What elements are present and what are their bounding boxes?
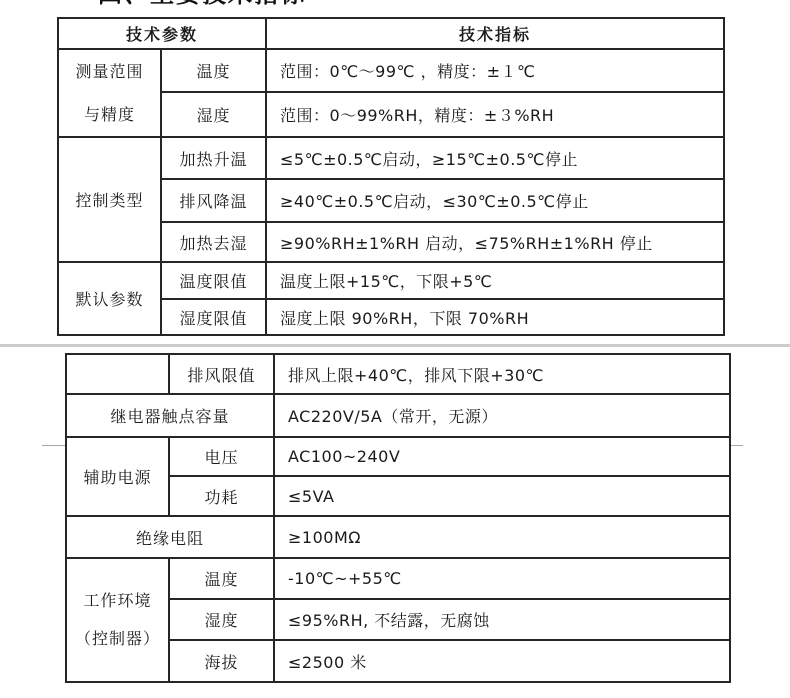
label-cell-env-temperature: 温度 xyxy=(169,558,274,599)
group-cell-aux-power: 辅助电源 xyxy=(66,437,169,516)
table-row: 测量范围 与精度 温度 范围：0℃～99℃ ，精度：±１℃ xyxy=(58,49,724,92)
label-cell-dehumidify: 加热去湿 xyxy=(161,222,266,262)
group-environment-line1: 工作环境 xyxy=(67,582,168,620)
value-cell-vent-limit: 排风上限+40℃，排风下限+30℃ xyxy=(274,354,730,394)
value-cell-voltage: AC100~240V xyxy=(274,437,730,476)
value-cell-relay-capacity: AC220V/5A（常开，无源） xyxy=(274,394,730,437)
label-cell-relay-capacity: 继电器触点容量 xyxy=(66,394,274,437)
group-measure-line1: 测量范围 xyxy=(59,50,160,93)
label-cell-voltage: 电压 xyxy=(169,437,274,476)
spec-table-page1: 技术参数 技术指标 测量范围 与精度 温度 范围：0℃～99℃ ，精度：±１℃ … xyxy=(57,17,725,336)
group-environment-line2: （控制器） xyxy=(67,620,168,658)
value-cell-vent-cooling: ≥40℃±0.5℃启动，≤30℃±0.5℃停止 xyxy=(266,179,724,222)
label-cell-vent-limit: 排风限值 xyxy=(169,354,274,394)
value-cell-temp-limit: 温度上限+15℃，下限+5℃ xyxy=(266,262,724,299)
table-row: 默认参数 温度限值 温度上限+15℃，下限+5℃ xyxy=(58,262,724,299)
label-cell-env-humidity: 湿度 xyxy=(169,599,274,640)
spec-table-page2: 排风限值 排风上限+40℃，排风下限+30℃ 继电器触点容量 AC220V/5A… xyxy=(65,353,731,683)
table-row: 排风限值 排风上限+40℃，排风下限+30℃ xyxy=(66,354,730,394)
group-measure-line2: 与精度 xyxy=(59,93,160,136)
group-cell-measure-range: 测量范围 与精度 xyxy=(58,49,161,137)
value-cell-power-consumption: ≤5VA xyxy=(274,476,730,516)
table-row: 绝缘电阻 ≥100MΩ xyxy=(66,516,730,558)
value-cell-heating: ≤5℃±0.5℃启动，≥15℃±0.5℃停止 xyxy=(266,137,724,179)
label-cell-humidity: 湿度 xyxy=(161,92,266,137)
header-cell-tech-specs: 技术指标 xyxy=(266,18,724,49)
document-page: 四、主要技术指标 技术参数 技术指标 测量范围 与精度 温度 范围：0℃～99℃… xyxy=(0,0,790,698)
label-cell-vent-cooling: 排风降温 xyxy=(161,179,266,222)
group-cell-empty-continued xyxy=(66,354,169,394)
table-row: 工作环境 （控制器） 温度 -10℃~+55℃ xyxy=(66,558,730,599)
page-break-separator xyxy=(0,344,790,347)
value-cell-insulation: ≥100MΩ xyxy=(274,516,730,558)
table-row: 控制类型 加热升温 ≤5℃±0.5℃启动，≥15℃±0.5℃停止 xyxy=(58,137,724,179)
header-cell-tech-params: 技术参数 xyxy=(58,18,266,49)
value-cell-temperature-range: 范围：0℃～99℃ ，精度：±１℃ xyxy=(266,49,724,92)
label-cell-power-consumption: 功耗 xyxy=(169,476,274,516)
section-title-clipped: 四、主要技术指标 xyxy=(98,0,306,6)
group-cell-work-environment: 工作环境 （控制器） xyxy=(66,558,169,682)
group-cell-control-type: 控制类型 xyxy=(58,137,161,262)
table-row: 技术参数 技术指标 xyxy=(58,18,724,49)
label-cell-temp-limit: 温度限值 xyxy=(161,262,266,299)
table-row: 辅助电源 电压 AC100~240V xyxy=(66,437,730,476)
label-cell-insulation: 绝缘电阻 xyxy=(66,516,274,558)
label-cell-altitude: 海拔 xyxy=(169,640,274,682)
label-cell-humidity-limit: 湿度限值 xyxy=(161,299,266,335)
value-cell-env-temperature: -10℃~+55℃ xyxy=(274,558,730,599)
group-cell-default-params: 默认参数 xyxy=(58,262,161,335)
table-row: 继电器触点容量 AC220V/5A（常开，无源） xyxy=(66,394,730,437)
value-cell-humidity-limit: 湿度上限 90%RH，下限 70%RH xyxy=(266,299,724,335)
value-cell-env-humidity: ≤95%RH, 不结露，无腐蚀 xyxy=(274,599,730,640)
value-cell-altitude: ≤2500 米 xyxy=(274,640,730,682)
label-cell-temperature: 温度 xyxy=(161,49,266,92)
value-cell-humidity-range: 范围：0～99%RH，精度：±３%RH xyxy=(266,92,724,137)
label-cell-heating: 加热升温 xyxy=(161,137,266,179)
value-cell-dehumidify: ≥90%RH±1%RH 启动，≤75%RH±1%RH 停止 xyxy=(266,222,724,262)
